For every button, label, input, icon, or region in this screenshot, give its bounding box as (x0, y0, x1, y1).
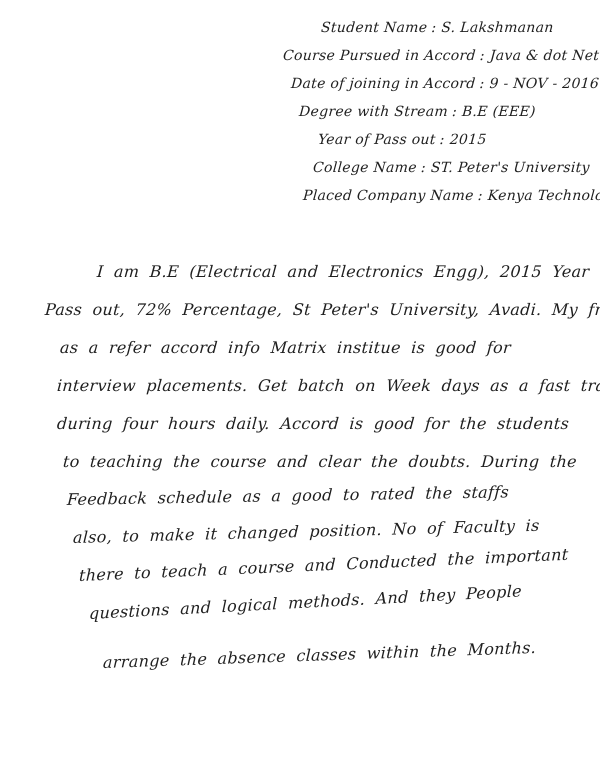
body-line: there to teach a course and Conducted th… (79, 545, 572, 585)
body-line: Pass out, 72% Percentage, St Peter's Uni… (44, 300, 570, 319)
header-separator: : (435, 132, 450, 148)
header-separator: : (416, 160, 431, 176)
header-line-year-of-pass-out: Year of Pass out:2015 (317, 126, 600, 154)
header-label: Course Pursued in Accord (282, 48, 476, 64)
body-line: questions and logical methods. And they … (89, 579, 571, 623)
header-separator: : (475, 48, 490, 64)
header-line-date-of-joining: Date of joining in Accord:9 - NOV - 2016 (290, 70, 600, 98)
header-value: 9 - NOV - 2016 (489, 76, 600, 92)
body-line: as a refer accord info Matrix institue i… (59, 338, 570, 357)
header-line-college-name: College Name:ST. Peter's University (312, 154, 600, 182)
testimonial-paragraph: I am B.E (Electrical and Electronics Eng… (45, 262, 570, 691)
body-line: also, to make it changed position. No of… (73, 515, 572, 547)
body-line: arrange the absence classes within the M… (103, 637, 572, 672)
header-value: S. Lakshmanan (441, 20, 554, 36)
header-label: Date of joining in Accord (290, 76, 476, 92)
header-line-course-pursued: Course Pursued in Accord:Java & dot Net (282, 42, 600, 70)
header-label: Degree with Stream (298, 104, 448, 120)
header-value: 2015 (449, 132, 487, 148)
header-label: Placed Company Name (302, 188, 474, 204)
header-label: Year of Pass out (317, 132, 436, 148)
body-line: during four hours daily. Accord is good … (56, 414, 570, 433)
header-label: Student Name (320, 20, 427, 36)
body-line: I am B.E (Electrical and Electronics Eng… (44, 262, 570, 281)
body-line: interview placements. Get batch on Week … (56, 376, 570, 395)
header-value: Kenya Technologies (487, 188, 600, 204)
body-line: Feedback schedule as a good to rated the… (67, 481, 572, 509)
header-value: Java & dot Net (489, 48, 600, 64)
header-line-student-name: Student Name:S. Lakshmanan (320, 14, 600, 42)
header-separator: : (475, 76, 490, 92)
body-line: to teaching the course and clear the dou… (62, 452, 570, 471)
header-separator: : (447, 104, 462, 120)
handwritten-document-page: Student Name:S. Lakshmanan Course Pursue… (0, 0, 600, 780)
student-details-header: Student Name:S. Lakshmanan Course Pursue… (283, 14, 600, 210)
header-value: B.E (EEE) (461, 104, 536, 120)
header-separator: : (473, 188, 488, 204)
header-value: ST. Peter's University (430, 160, 590, 176)
header-label: College Name (312, 160, 417, 176)
header-line-degree-stream: Degree with Stream:B.E (EEE) (298, 98, 600, 126)
header-line-placed-company: Placed Company Name:Kenya Technologies (302, 182, 600, 210)
